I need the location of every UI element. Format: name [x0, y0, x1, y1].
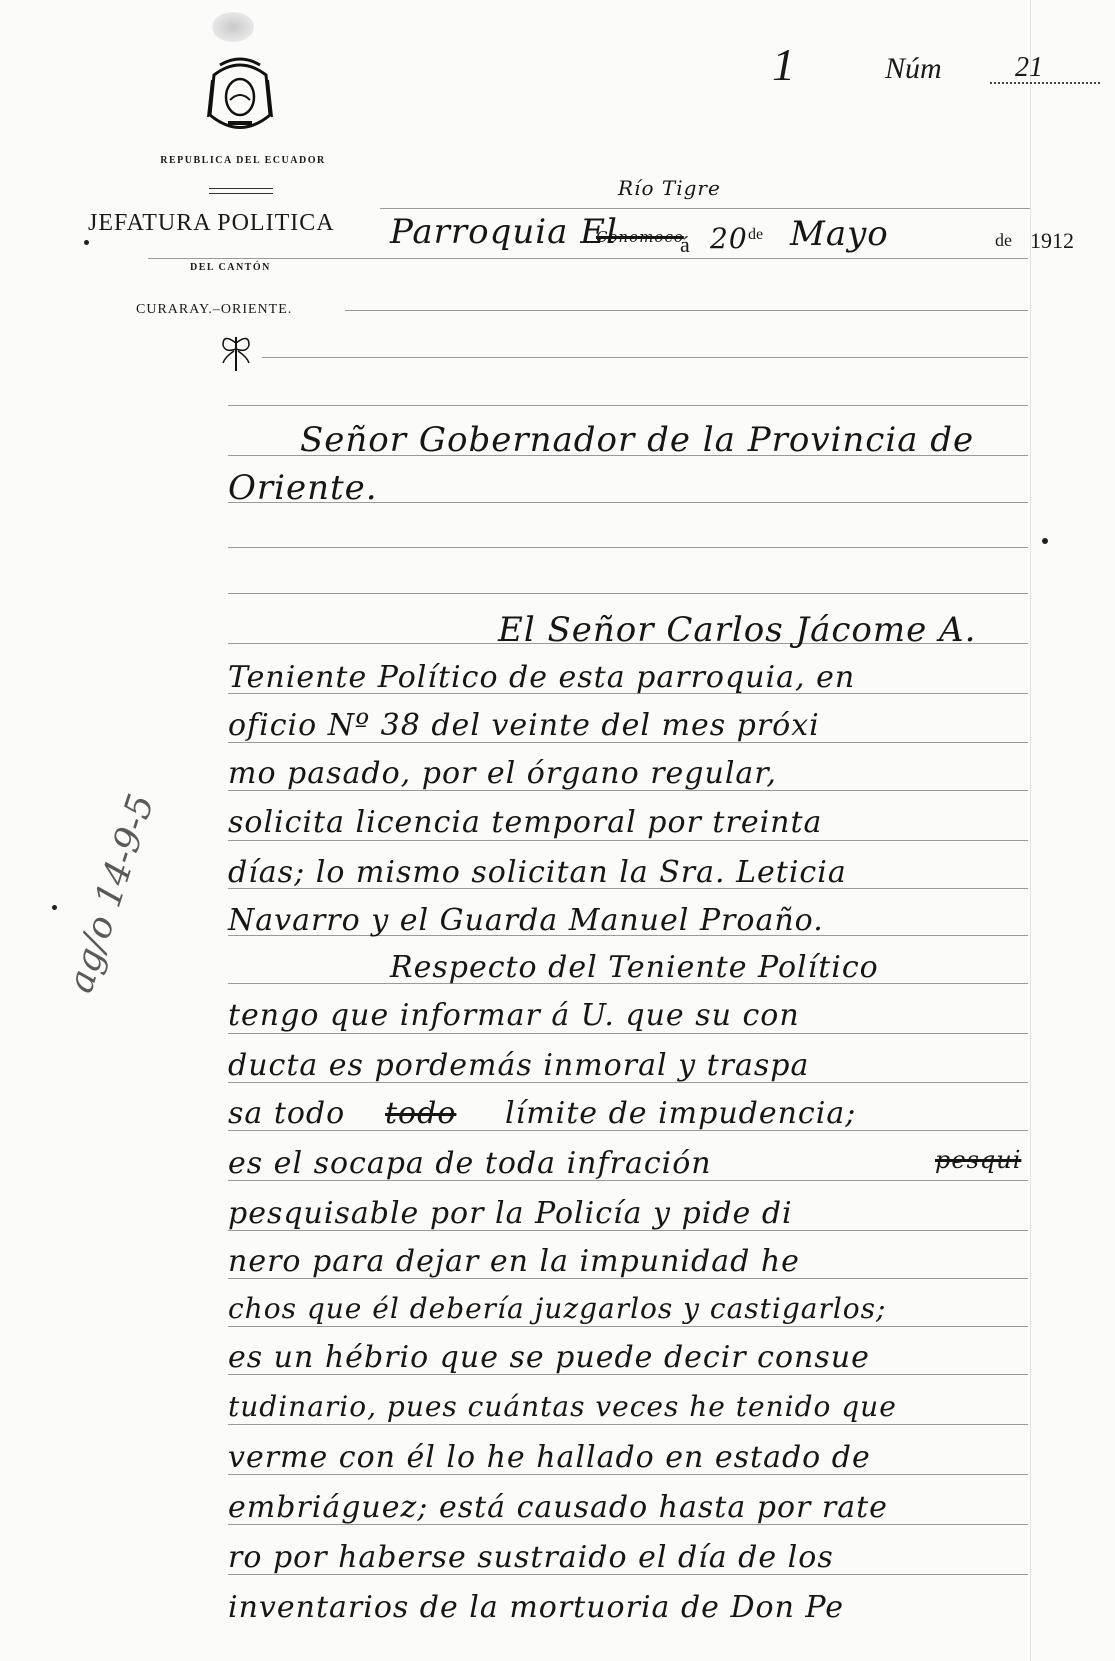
- ruled-line: [228, 1326, 1028, 1327]
- letterhead-canton-label: DEL CANTÓN: [190, 262, 271, 273]
- letterhead-office: JEFATURA POLITICA: [88, 210, 335, 237]
- ruled-line: [228, 405, 1028, 406]
- addressee-line-2: Oriente.: [228, 468, 378, 508]
- body-line: límite de impudencia;: [505, 1096, 856, 1131]
- ruled-line: [228, 547, 1028, 548]
- number-value: 21: [1015, 52, 1043, 84]
- letterhead-divider: [209, 188, 273, 194]
- ruled-line: [228, 593, 1028, 594]
- date-month: Mayo: [790, 214, 889, 254]
- date-year: 1912: [1030, 228, 1074, 254]
- body-line: embriáguez; está causado hasta por rate: [228, 1490, 888, 1525]
- struck-word: todo: [385, 1096, 456, 1131]
- ribbon-bow-icon: [219, 333, 253, 373]
- date-de2: de: [995, 230, 1012, 251]
- ruled-line: [262, 357, 1028, 358]
- number-label: Núm: [885, 52, 942, 86]
- ink-stain: [212, 12, 254, 42]
- ruled-line: [228, 1424, 1028, 1425]
- place-prefix: Parroquia El: [390, 212, 618, 252]
- body-line: Navarro y el Guarda Manuel Proaño.: [228, 903, 824, 938]
- ink-mark: [84, 240, 89, 245]
- body-line: sa todo: [228, 1096, 345, 1131]
- ink-mark: [1042, 538, 1048, 544]
- body-line: días; lo mismo solicitan la Sra. Leticia: [228, 855, 847, 890]
- date-de1: de: [748, 226, 763, 244]
- body-line: inventarios de la mortuoria de Don Pe: [228, 1590, 844, 1625]
- ink-mark: [52, 905, 57, 910]
- ruled-line: [380, 208, 1030, 209]
- body-line: ro por haberse sustraido el día de los: [228, 1540, 834, 1575]
- struck-word: pesqui: [935, 1146, 1021, 1174]
- body-line: es el socapa de toda infración: [228, 1146, 712, 1181]
- body-line: oficio Nº 38 del veinte del mes próxi: [228, 708, 820, 743]
- body-line: Teniente Político de esta parroquia, en: [228, 660, 855, 695]
- document-page: REPUBLICA DEL ECUADOR JEFATURA POLITICA …: [0, 0, 1115, 1661]
- body-line: pesquisable por la Policía y pide di: [228, 1196, 793, 1231]
- body-line: chos que él debería juzgarlos y castigar…: [228, 1292, 886, 1325]
- body-line: tudinario, pues cuántas veces he tenido …: [228, 1390, 897, 1423]
- letterhead-canton: CURARAY.–ORIENTE.: [136, 302, 292, 318]
- body-line: tengo que informar á U. que su con: [228, 998, 800, 1033]
- body-line: El Señor Carlos Jácome A.: [498, 610, 976, 650]
- ruled-line: [228, 1033, 1028, 1034]
- body-line: ducta es pordemás inmoral y traspa: [228, 1048, 809, 1083]
- body-line: nero para dejar en la impunidad he: [228, 1244, 800, 1279]
- letterhead-country: REPUBLICA DEL ECUADOR: [130, 155, 356, 166]
- ruled-line: [345, 310, 1028, 311]
- body-line: mo pasado, por el órgano regular,: [228, 756, 777, 791]
- body-line: es un hébrio que se puede decir consue: [228, 1340, 870, 1375]
- folio-number: 1: [772, 38, 795, 91]
- coat-of-arms-icon: [200, 55, 280, 140]
- body-line: solicita licencia temporal por treinta: [228, 805, 822, 840]
- addressee-line-1: Señor Gobernador de la Provincia de: [300, 420, 974, 460]
- date-a: á: [680, 232, 690, 258]
- date-day: 20: [710, 222, 748, 255]
- margin-annotation: ag/o 14-9-5: [60, 789, 163, 997]
- place-correction: Río Tigre: [618, 176, 721, 200]
- place-struck: Conomoco: [596, 228, 684, 246]
- body-line: verme con él lo he hallado en estado de: [228, 1440, 871, 1475]
- ruled-line: [228, 840, 1028, 841]
- ruled-line: [148, 258, 1028, 259]
- number-dotted-line: [990, 82, 1100, 84]
- body-line: Respecto del Teniente Político: [390, 950, 879, 985]
